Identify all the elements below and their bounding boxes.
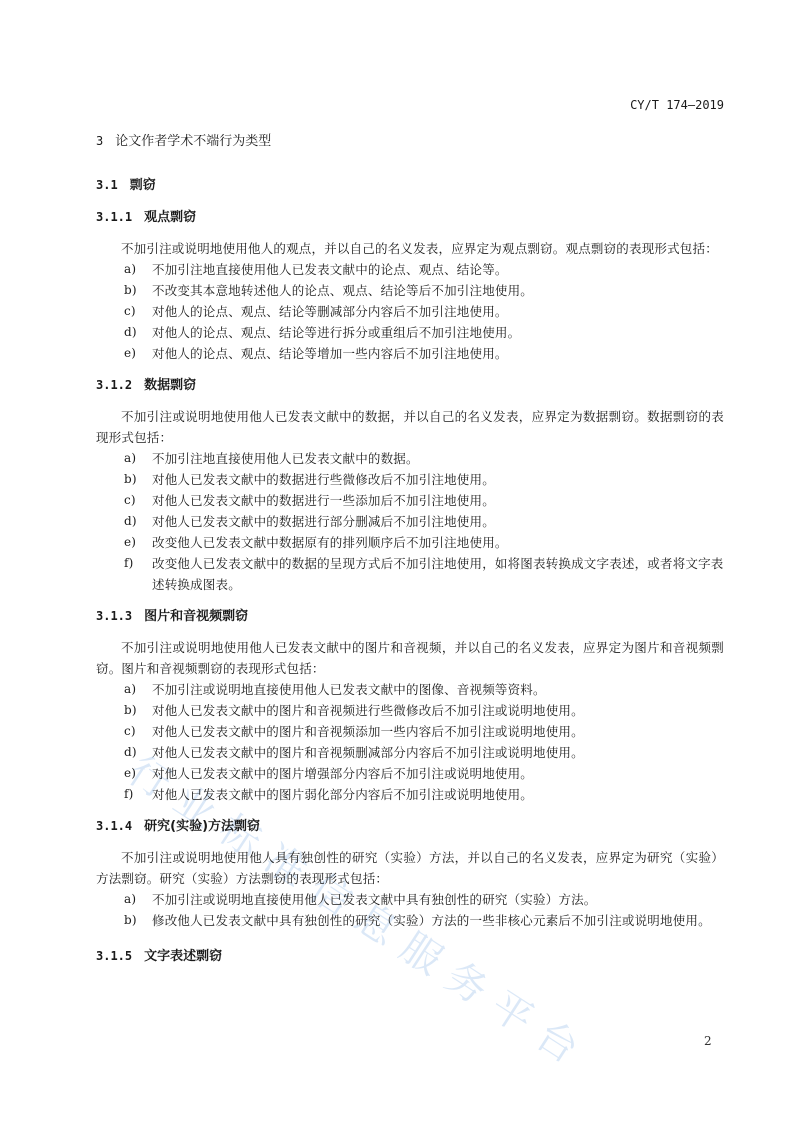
list-3-1-1: a)不加引注地直接使用他人已发表文献中的论点、观点、结论等。 b)不改变其本意地… [96,259,724,364]
list-3-1-4: a)不加引注或说明地直接使用他人已发表文献中具有独创性的研究（实验）方法。 b)… [96,889,724,931]
list-3-1-3: a)不加引注或说明地直接使用他人已发表文献中的图像、音视频等资料。 b)对他人已… [96,679,724,805]
section-title: 剽窃 [130,178,156,193]
section-number: 3.1.4 [96,815,132,837]
list-item: b)不改变其本意地转述他人的论点、观点、结论等后不加引注地使用。 [96,280,724,301]
page-number: 2 [704,1034,712,1048]
section-3-1-1-heading: 3.1.1观点剽窃 [96,206,724,228]
section-number: 3.1.1 [96,206,132,228]
section-3-1-4-heading: 3.1.4研究(实验)方法剽窃 [96,815,724,837]
section-title: 观点剽窃 [144,210,196,225]
section-title: 论文作者学术不端行为类型 [115,134,271,149]
section-number: 3.1.2 [96,374,132,396]
section-number: 3.1.5 [96,945,132,967]
list-item: c)对他人已发表文献中的数据进行一些添加后不加引注地使用。 [96,490,724,511]
list-item: e)改变他人已发表文献中数据原有的排列顺序后不加引注地使用。 [96,532,724,553]
list-item: a)不加引注或说明地直接使用他人已发表文献中的图像、音视频等资料。 [96,679,724,700]
paragraph: 不加引注或说明地使用他人的观点，并以自己的名义发表，应界定为观点剽窃。观点剽窃的… [96,238,724,259]
standard-code: CY/T 174—2019 [630,98,724,112]
paragraph: 不加引注或说明地使用他人具有独创性的研究（实验）方法，并以自己的名义发表，应界定… [96,847,724,889]
section-title: 研究(实验)方法剽窃 [144,819,260,834]
document-body: 3论文作者学术不端行为类型 3.1剽窃 3.1.1观点剽窃 不加引注或说明地使用… [96,130,724,967]
section-number: 3.1.3 [96,605,132,627]
list-item: f)改变他人已发表文献中的数据的呈现方式后不加引注地使用，如将图表转换成文字表述… [96,553,724,595]
list-item: a)不加引注地直接使用他人已发表文献中的数据。 [96,448,724,469]
list-item: b)对他人已发表文献中的图片和音视频进行些微修改后不加引注或说明地使用。 [96,700,724,721]
paragraph: 不加引注或说明地使用他人已发表文献中的图片和音视频，并以自己的名义发表，应界定为… [96,637,724,679]
paragraph: 不加引注或说明地使用他人已发表文献中的数据，并以自己的名义发表，应界定为数据剽窃… [96,406,724,448]
list-item: e)对他人已发表文献中的图片增强部分内容后不加引注或说明地使用。 [96,763,724,784]
section-3-1-heading: 3.1剽窃 [96,174,724,196]
section-title: 文字表述剽窃 [144,949,222,964]
list-item: b)修改他人已发表文献中具有独创性的研究（实验）方法的一些非核心元素后不加引注或… [96,910,724,931]
section-3-1-2-heading: 3.1.2数据剽窃 [96,374,724,396]
list-item: c)对他人已发表文献中的图片和音视频添加一些内容后不加引注或说明地使用。 [96,721,724,742]
section-number: 3.1 [96,174,118,196]
list-item: b)对他人已发表文献中的数据进行些微修改后不加引注地使用。 [96,469,724,490]
section-number: 3 [96,130,103,152]
section-title: 图片和音视频剽窃 [144,609,248,624]
section-3-heading: 3论文作者学术不端行为类型 [96,130,724,152]
section-title: 数据剽窃 [144,378,196,393]
list-item: d)对他人已发表文献中的图片和音视频删减部分内容后不加引注或说明地使用。 [96,742,724,763]
list-item: c)对他人的论点、观点、结论等删减部分内容后不加引注地使用。 [96,301,724,322]
list-item: d)对他人的论点、观点、结论等进行拆分或重组后不加引注地使用。 [96,322,724,343]
section-3-1-5-heading: 3.1.5文字表述剽窃 [96,945,724,967]
section-3-1-3-heading: 3.1.3图片和音视频剽窃 [96,605,724,627]
list-item: d)对他人已发表文献中的数据进行部分删减后不加引注地使用。 [96,511,724,532]
list-item: e)对他人的论点、观点、结论等增加一些内容后不加引注地使用。 [96,343,724,364]
list-item: a)不加引注或说明地直接使用他人已发表文献中具有独创性的研究（实验）方法。 [96,889,724,910]
list-item: a)不加引注地直接使用他人已发表文献中的论点、观点、结论等。 [96,259,724,280]
list-item: f)对他人已发表文献中的图片弱化部分内容后不加引注或说明地使用。 [96,784,724,805]
list-3-1-2: a)不加引注地直接使用他人已发表文献中的数据。 b)对他人已发表文献中的数据进行… [96,448,724,595]
